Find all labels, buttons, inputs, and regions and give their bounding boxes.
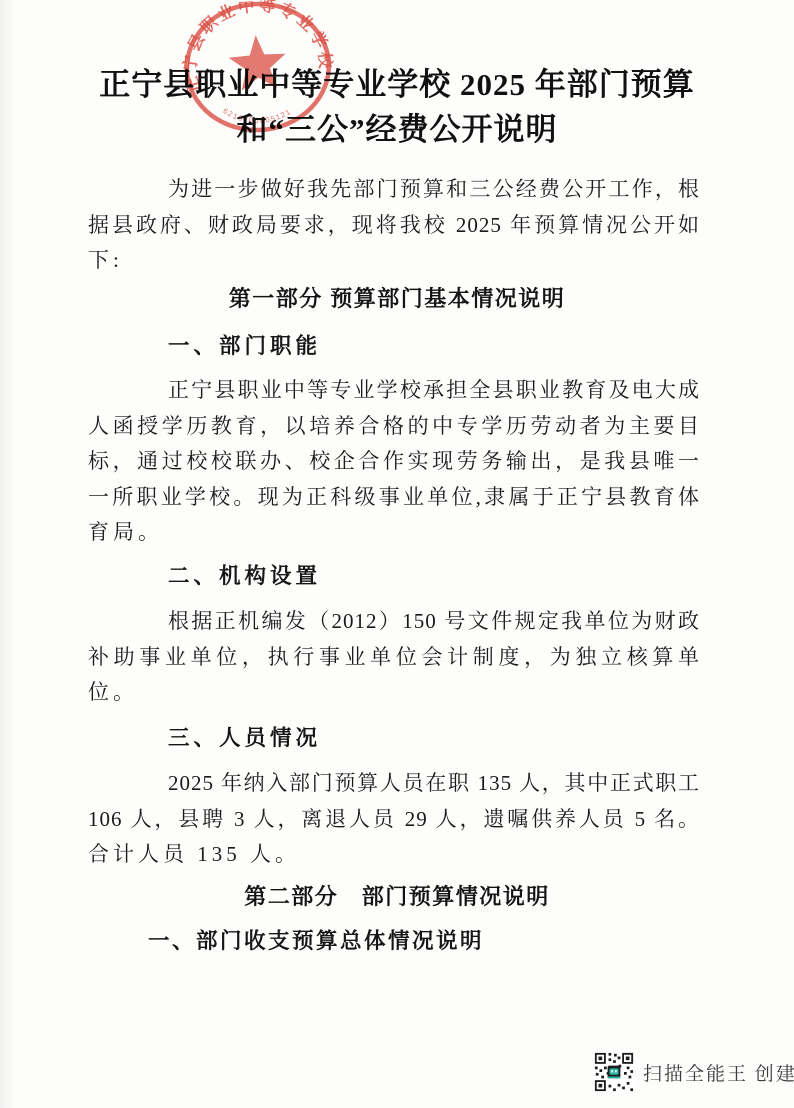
text-line: 据县政府、财政局要求，现将我校 2025 年预算情况公开如 xyxy=(88,208,700,244)
part1-heading: 第一部分 预算部门基本情况说明 xyxy=(0,285,794,313)
camscanner-watermark: 扫描全能王 创建 xyxy=(594,1052,794,1092)
text-line: 2025 年纳入部门预算人员在职 135 人，其中正式职工 xyxy=(88,766,700,802)
qr-code-icon xyxy=(594,1052,634,1092)
text-line: 106 人，县聘 3 人，离退人员 29 人，遗嘱供养人员 5 名。 xyxy=(88,802,700,838)
text-line: 正宁县职业中等专业学校承担全县职业教育及电大成 xyxy=(88,373,700,409)
text-line: 标，通过校校联办、校企合作实现劳务输出，是我县唯一 xyxy=(88,444,700,480)
text-line: 一所职业学校。现为正科级事业单位,隶属于正宁县教育体 xyxy=(88,480,700,516)
section2-heading: 二、机构设置 xyxy=(88,561,780,591)
official-stamp: 正宁县职业中等专业学校 6216200605121 xyxy=(175,0,340,142)
text-line: 为进一步做好我先部门预算和三公经费公开工作，根 xyxy=(88,172,700,208)
text-line: 下: xyxy=(88,243,700,279)
section2-paragraph: 根据正机编发（2012）150 号文件规定我单位为财政 补助事业单位，执行事业单… xyxy=(88,604,700,711)
scanned-document-page: 正宁县职业中等专业学校 6216200605121 正宁县职业中等专业学校 20… xyxy=(0,0,794,1108)
text-line: 人函授学历教育，以培养合格的中专学历劳动者为主要目 xyxy=(88,409,700,445)
section1-paragraph: 正宁县职业中等专业学校承担全县职业教育及电大成 人函授学历教育，以培养合格的中专… xyxy=(88,373,700,551)
text-line: 补助事业单位，执行事业单位会计制度，为独立核算单 xyxy=(88,640,700,676)
text-line: 育局。 xyxy=(88,515,700,551)
stamp-star xyxy=(227,33,288,91)
section1-heading: 一、部门职能 xyxy=(88,331,780,361)
watermark-text: 扫描全能王 创建 xyxy=(643,1059,794,1086)
title-line-2: 和“三公”经费公开说明 xyxy=(0,107,794,152)
section4-heading: 一、部门收支预算总体情况说明 xyxy=(88,926,760,956)
stamp-graphic: 正宁县职业中等专业学校 6216200605121 xyxy=(175,0,340,142)
document-title: 正宁县职业中等专业学校 2025 年部门预算 和“三公”经费公开说明 xyxy=(0,62,794,152)
title-line-1: 正宁县职业中等专业学校 2025 年部门预算 xyxy=(0,62,794,107)
text-line: 根据正机编发（2012）150 号文件规定我单位为财政 xyxy=(88,604,700,640)
text-line: 位。 xyxy=(88,675,700,711)
part2-heading: 第二部分 部门预算情况说明 xyxy=(0,883,794,911)
intro-paragraph: 为进一步做好我先部门预算和三公经费公开工作，根 据县政府、财政局要求，现将我校 … xyxy=(88,172,700,279)
section3-heading: 三、人员情况 xyxy=(88,723,780,753)
text-line: 合计人员 135 人。 xyxy=(88,837,700,873)
section3-paragraph: 2025 年纳入部门预算人员在职 135 人，其中正式职工 106 人，县聘 3… xyxy=(88,766,700,873)
